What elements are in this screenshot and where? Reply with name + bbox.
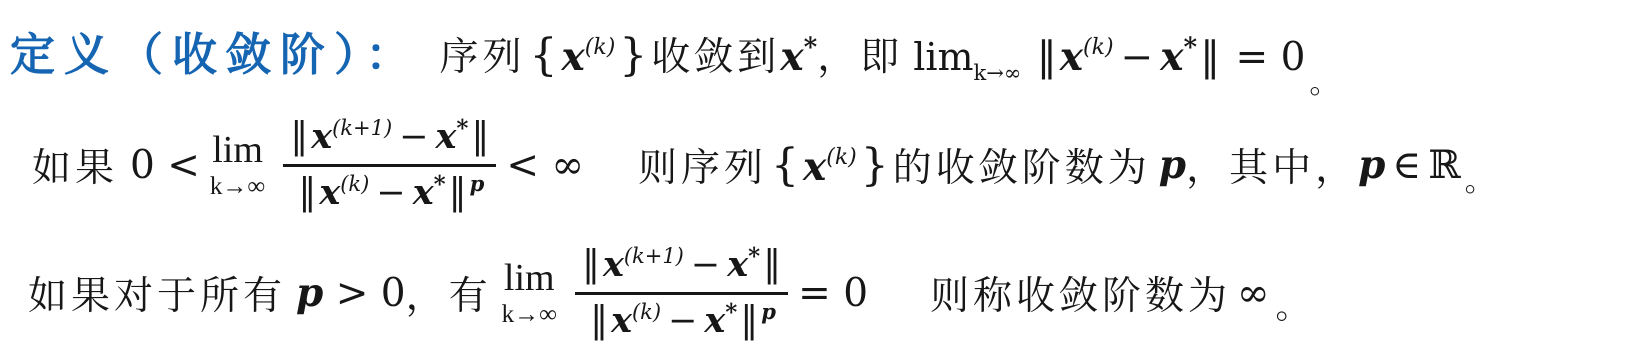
superscript-k: (k) (585, 35, 616, 60)
convergence-ratio-fraction: ‖x(k+1)−x*‖ ‖x(k)−x*‖p (575, 242, 788, 344)
superscript-k: (k) (826, 145, 857, 170)
equals-zero: = 0 (798, 271, 868, 316)
norm-close: ‖ (449, 172, 467, 213)
order-label: 的收敛阶数为 (893, 137, 1151, 193)
x-symbol: x (1160, 34, 1183, 80)
infinity-symbol: ∞ (1237, 271, 1270, 316)
fraction-numerator: ‖x(k+1)−x*‖ (283, 114, 496, 160)
star-superscript: * (1184, 33, 1198, 63)
superscript-k: (k) (340, 172, 369, 196)
norm-close: ‖ (1200, 34, 1220, 80)
then-called-label: 则称收敛阶数为 (930, 265, 1231, 321)
p-greater-than-zero: p > 0 (296, 270, 406, 316)
limit-block: lim k→∞ (210, 131, 265, 199)
lim-subscript: k→∞ (974, 61, 1022, 85)
definition-line-1: 定义（收敛阶）： 序列 {x(k)} 收敛到 x* ，即 limk→∞ ‖x(k… (10, 18, 1636, 102)
p-symbol: p (1159, 142, 1186, 188)
where-label: ，其中， (1186, 137, 1358, 193)
norm-close: ‖ (763, 244, 781, 285)
then-sequence-label: 则序列 (638, 137, 767, 193)
minus-operator: − (399, 117, 428, 157)
p-symbol: p (1358, 142, 1385, 188)
if-for-all-label: 如果对于所有 (28, 265, 286, 321)
star-superscript: * (434, 171, 446, 198)
norm-open: ‖ (298, 172, 316, 213)
lim-subscript: k→∞ (502, 302, 557, 327)
norm-open: ‖ (582, 244, 600, 285)
star-superscript: * (725, 299, 737, 326)
minus-operator: − (691, 245, 720, 285)
fraction-denominator: ‖x(k)−x*‖p (583, 298, 780, 344)
p-symbol: p (296, 270, 323, 316)
x-symbol: x (562, 34, 585, 80)
open-brace: { (771, 140, 799, 191)
open-brace: { (530, 30, 558, 81)
definition-line-2: 如果 0 < lim k→∞ ‖x(k+1)−x*‖ ‖x(k)−x*‖p < … (32, 104, 1636, 226)
p-in-reals-expression: p∈ℝ (1358, 142, 1461, 188)
power-p: p (761, 299, 776, 324)
sequence-set-expression: {x(k)} (767, 140, 893, 191)
definition-line-3: 如果对于所有 p > 0 ，有 lim k→∞ ‖x(k+1)−x*‖ ‖x(k… (28, 230, 1636, 356)
sequence-set-expression: {x(k)} (526, 30, 652, 81)
if-label: 如果 (32, 137, 118, 193)
greater-than-zero: > 0 (336, 271, 406, 316)
full-stop: 。 (1276, 279, 1310, 328)
reals-symbol: ℝ (1428, 143, 1460, 188)
x-symbol: x (413, 172, 434, 213)
lim-word: lim (504, 259, 555, 297)
x-symbol: x (1060, 34, 1083, 80)
star-superscript: * (804, 33, 818, 63)
power-p: p (470, 171, 485, 196)
sequence-label: 序列 (440, 26, 526, 82)
norm-open: ‖ (1037, 34, 1057, 80)
norm-open: ‖ (590, 300, 608, 341)
superscript-k: (k) (632, 300, 661, 324)
equals-zero: = 0 (1236, 35, 1306, 80)
norm-open: ‖ (290, 116, 308, 157)
lim-subscript: k→∞ (210, 174, 265, 199)
star-superscript: * (748, 243, 760, 270)
x-symbol: x (727, 244, 748, 285)
norm-close: ‖ (740, 300, 758, 341)
comma-have-label: ，有 (406, 265, 492, 321)
x-symbol: x (803, 144, 826, 190)
full-stop: 。 (1465, 156, 1495, 200)
fraction-bar (283, 164, 496, 167)
limit-block: lim k→∞ (502, 259, 557, 327)
x-symbol: x (603, 244, 624, 285)
zero-less-than: 0 < (130, 143, 200, 188)
minus-operator: − (668, 301, 697, 341)
fraction-numerator: ‖x(k+1)−x*‖ (575, 242, 788, 288)
convergence-ratio-fraction: ‖x(k+1)−x*‖ ‖x(k)−x*‖p (283, 114, 496, 216)
less-than-infinity: < ∞ (506, 143, 584, 188)
superscript-k-plus-1: (k+1) (624, 244, 684, 268)
x-symbol: x (311, 116, 332, 157)
superscript-k-plus-1: (k+1) (332, 116, 392, 140)
converges-to-label: 收敛到 (651, 26, 780, 82)
close-brace: } (619, 30, 647, 81)
full-stop: 。 (1309, 58, 1339, 102)
x-symbol: x (704, 300, 725, 341)
x-symbol: x (611, 300, 632, 341)
star-superscript: * (456, 115, 468, 142)
close-brace: } (861, 140, 889, 191)
x-symbol: x (319, 172, 340, 213)
fraction-denominator: ‖x(k)−x*‖p (291, 170, 488, 216)
lim-word: lim (913, 35, 973, 79)
superscript-k: (k) (1083, 35, 1114, 60)
lim-word: lim (212, 131, 263, 169)
minus-operator: − (376, 173, 405, 213)
definition-heading: 定义（收敛阶）： (10, 18, 420, 83)
element-of-symbol: ∈ (1392, 143, 1421, 188)
definition-page: 定义（收敛阶）： 序列 {x(k)} 收敛到 x* ，即 limk→∞ ‖x(k… (0, 0, 1636, 363)
comma-then-label: ，即 (817, 26, 903, 82)
norm-close: ‖ (471, 116, 489, 157)
limit-norm-expression: limk→∞ ‖x(k)−x*‖ = 0 (913, 33, 1305, 85)
x-star-expression: x* (780, 33, 817, 80)
x-symbol: x (436, 116, 457, 157)
fraction-bar (575, 292, 788, 295)
x-symbol: x (780, 34, 803, 80)
minus-operator: − (1121, 35, 1154, 80)
